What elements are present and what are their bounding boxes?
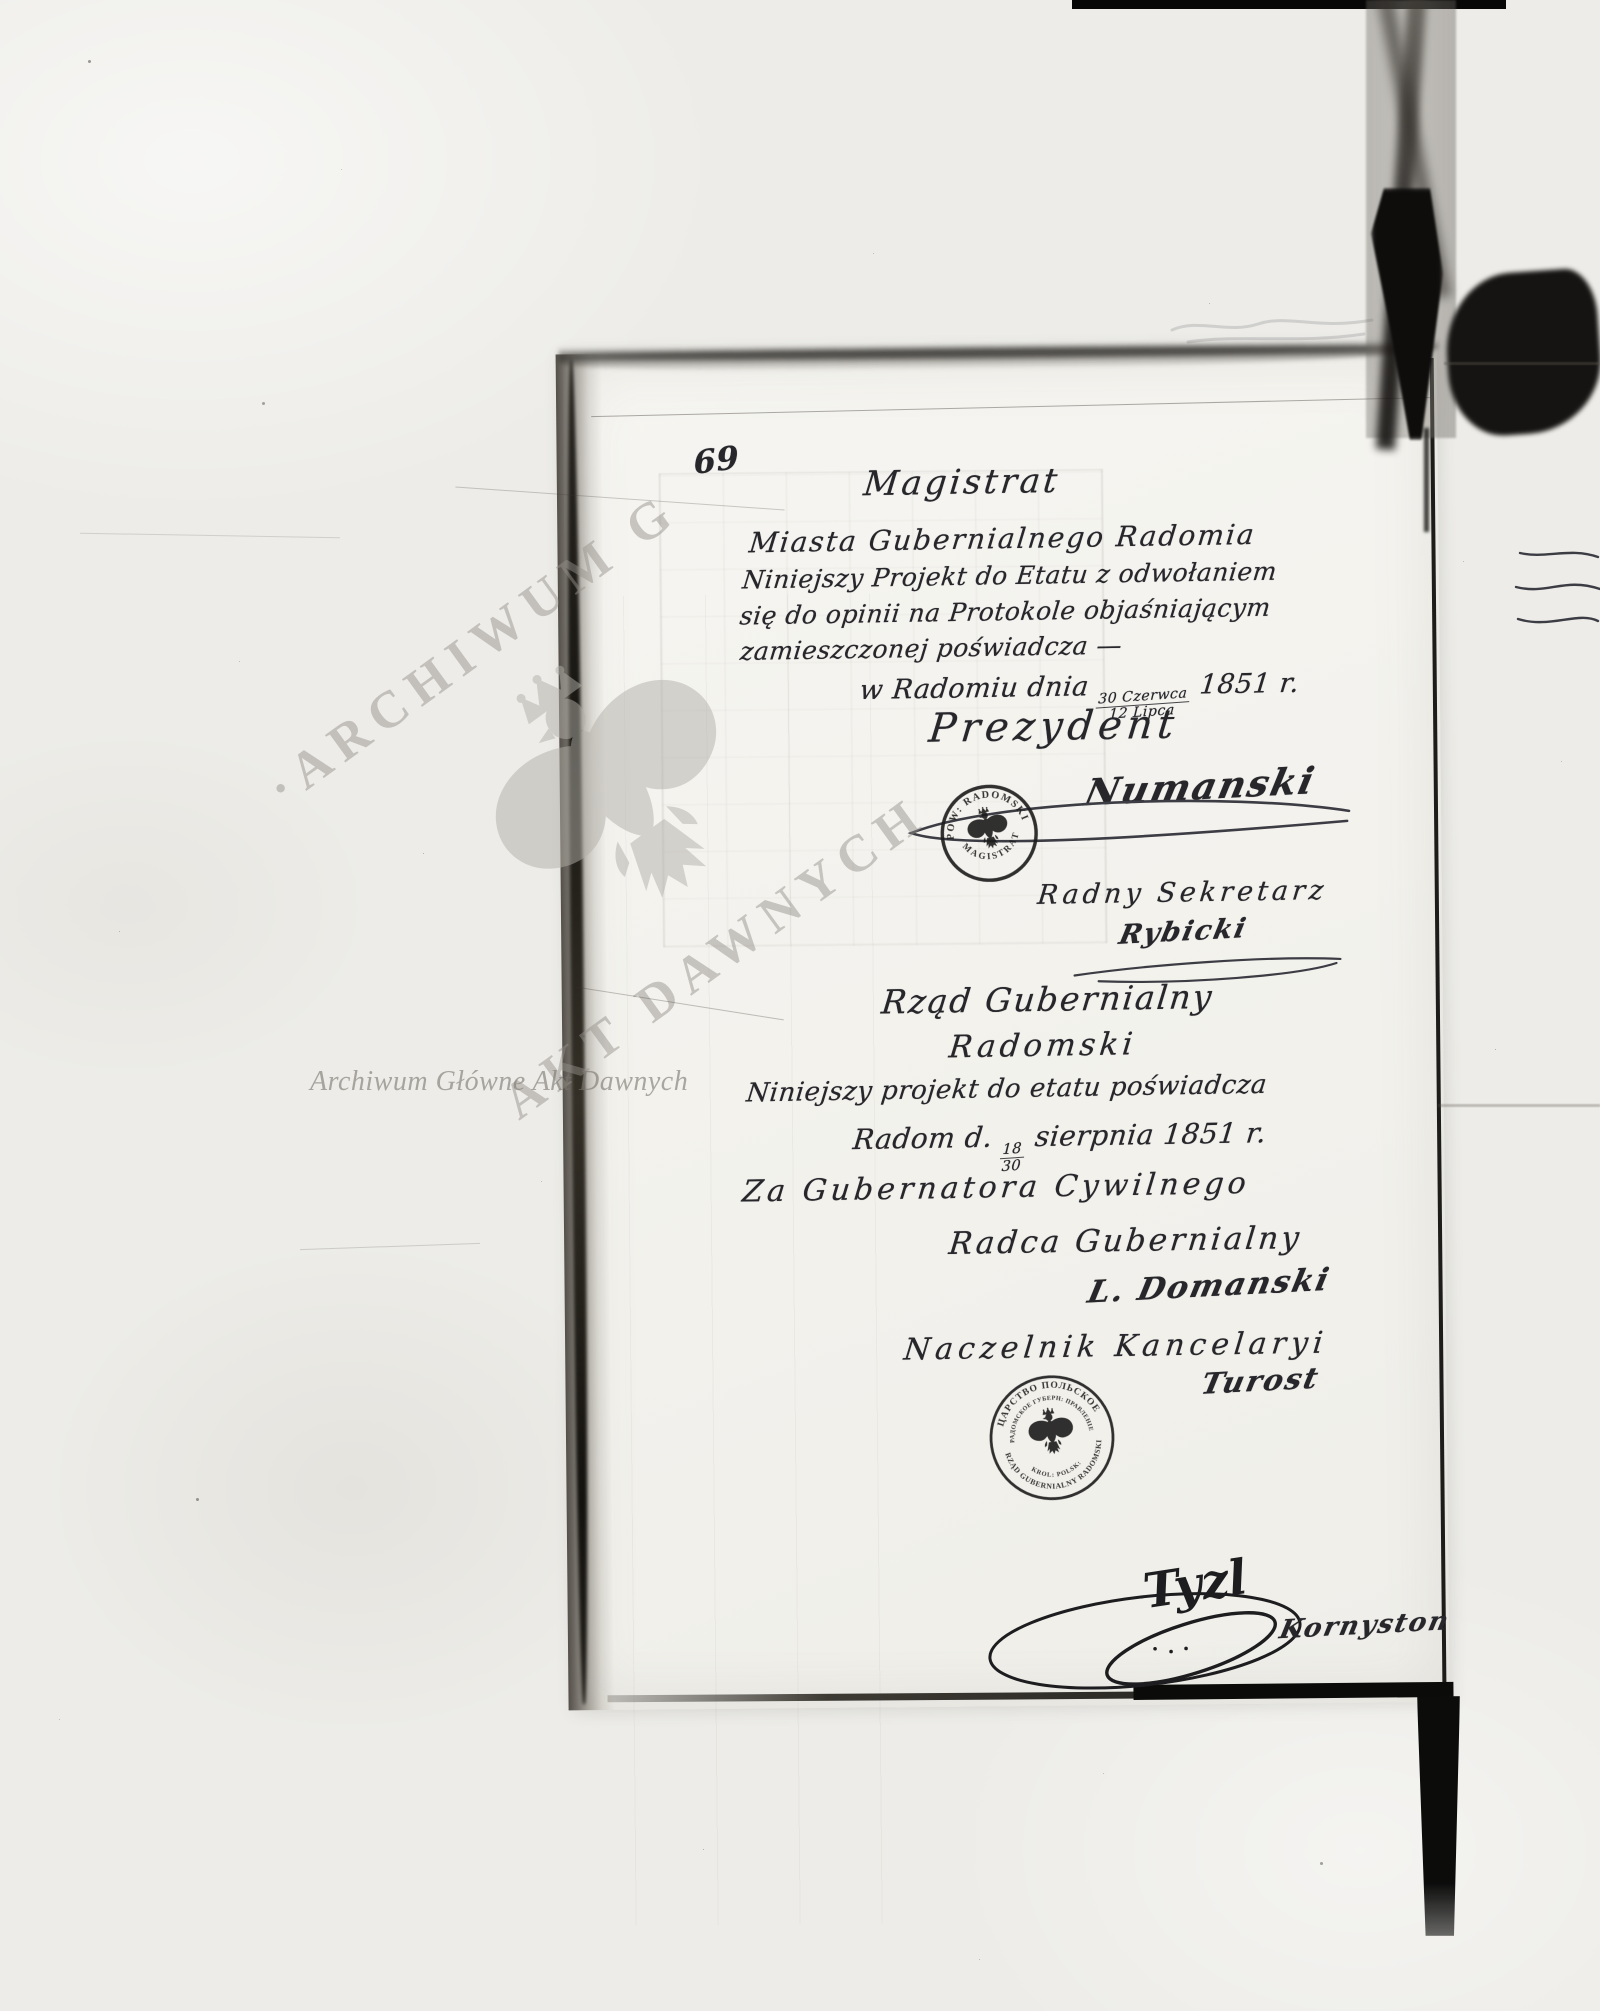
printed-form-ghost-columns [623,593,886,1925]
secretary-label: Radny Sekretarz [1036,875,1329,911]
hairline-scratch [80,533,340,539]
page-right-edge [1430,358,1447,1700]
gubernial-round-stamp: ЦАРСТВО ПОЛЬСКОЕ РАДОМСКОЕ ГУБЕРН: ПРАВЛ… [978,1364,1126,1512]
film-bottom-black-bar [1417,1696,1460,1936]
adjacent-page-writing [1512,545,1600,665]
chancery-signature: Turost [1198,1361,1323,1401]
counselor-signature: L. Domanski [1084,1262,1333,1311]
bleedthrough-writing [1168,300,1378,348]
adjacent-page-fold-line [1438,1104,1600,1107]
adjacent-page-fold-line [1444,362,1600,365]
dust-specks [0,0,3,3]
archival-scan-canvas: 69 Magistrat Miasta Gubernialnego Radomi… [0,0,1600,2011]
secretary-signature: Rybicki [1116,913,1250,951]
flourish-signature-text: Tyzl [1140,1549,1251,1620]
rzad-title-line1: Rząd Gubernialny [880,977,1216,1022]
for-governor-line: Za Gubernatora Cywilnego [741,1166,1252,1209]
gub-stamp-eagle-icon [1025,1404,1076,1457]
adjacent-page-dark-corner [1442,267,1600,439]
film-dark-tail [1424,428,1429,532]
folio-number: 69 [692,438,740,482]
rzad-title-line2: Radomski [947,1026,1138,1065]
document-page: 69 Magistrat Miasta Gubernialnego Radomi… [563,348,1450,1710]
agad-horizontal-watermark: Archiwum Główne Akt Dawnych [310,1066,688,1098]
dateline-year: 1851 r. [1198,668,1301,701]
rzad-dateline-prefix: Radom d. [851,1121,994,1156]
president-label: Prezydent [927,702,1182,752]
rzad-dateline-suffix: sierpnia 1851 r. [1033,1116,1268,1153]
magistrat-title: Magistrat [862,461,1062,504]
film-gap-band [1366,0,1456,438]
underlying-sheet-edge [591,397,1433,417]
dateline-prefix: w Radomiu dnia [858,671,1090,706]
hairline-scratch [300,1243,480,1250]
counselor-label: Radca Gubernialny [947,1220,1304,1262]
chancery-label: Naczelnik Kancelaryi [902,1326,1329,1368]
magistrat-subtitle: Miasta Gubernialnego Radomia [747,518,1257,559]
